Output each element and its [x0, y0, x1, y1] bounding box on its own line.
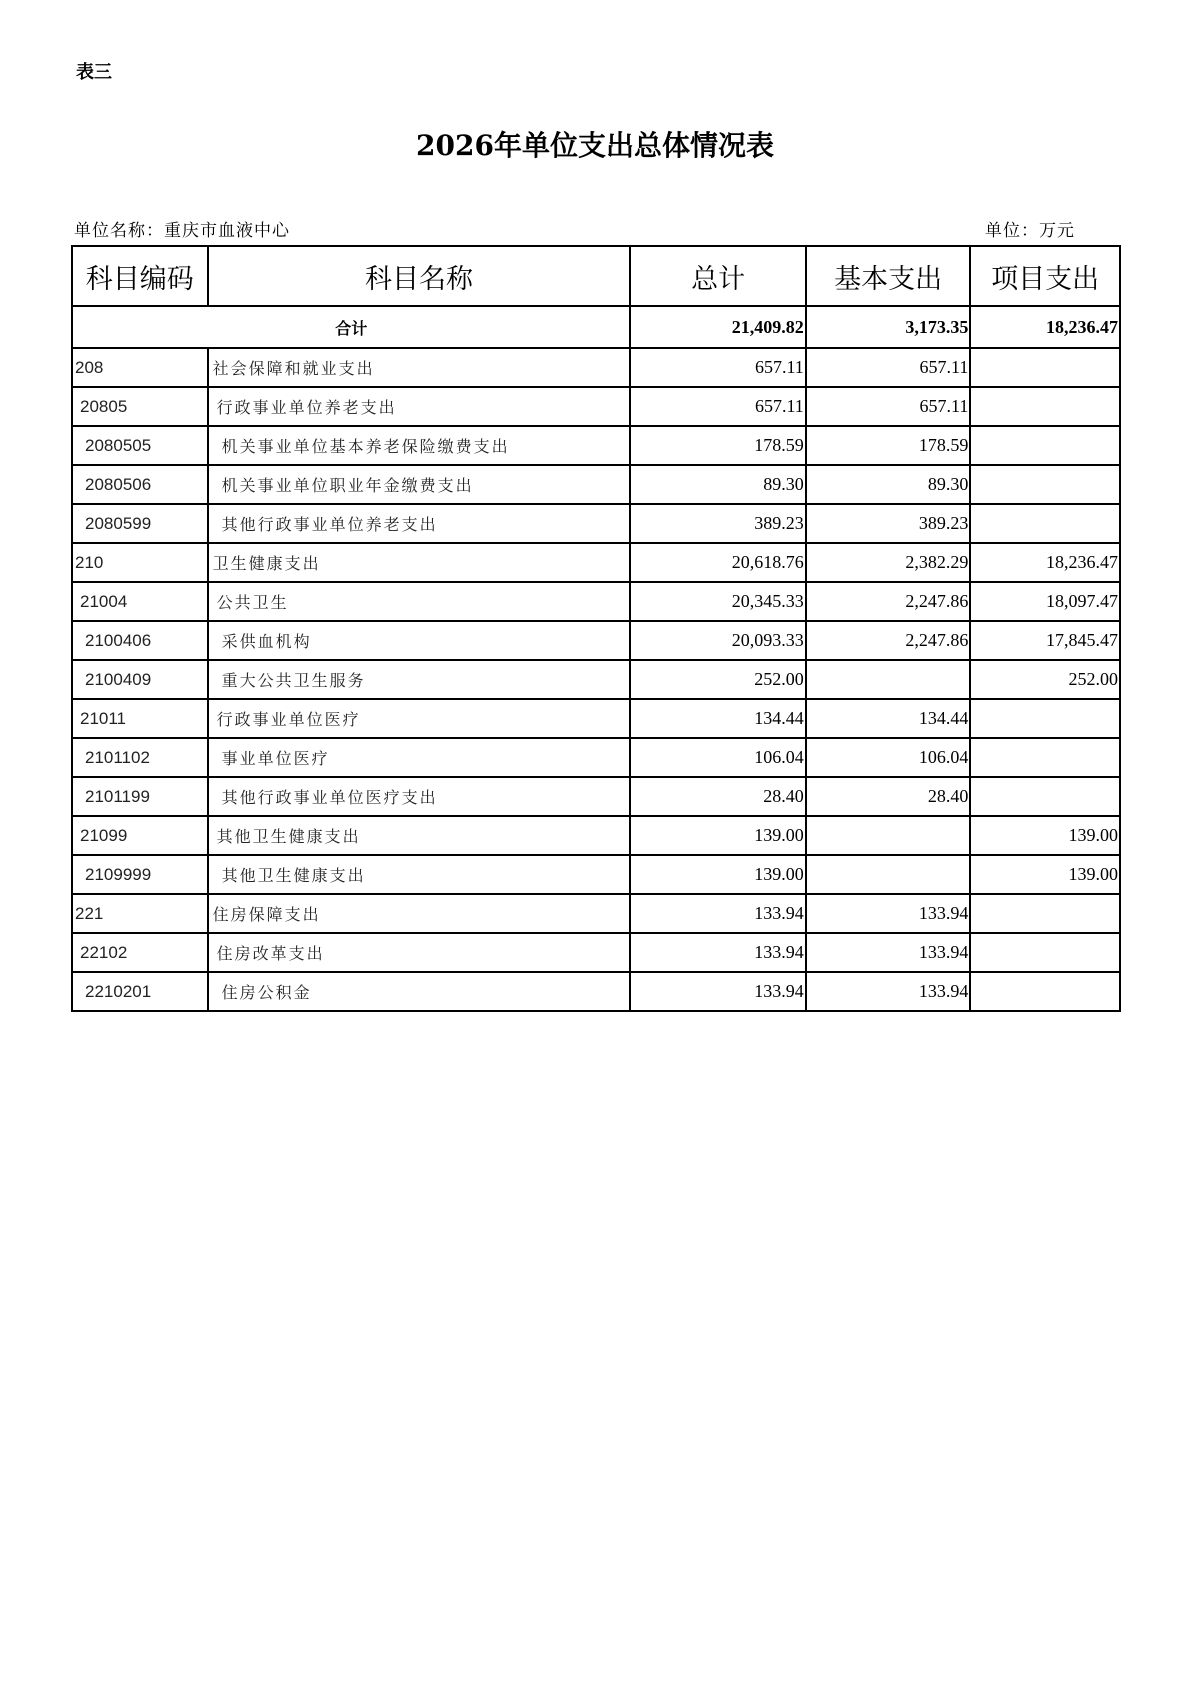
- row-basic: 178.59: [806, 426, 971, 465]
- row-basic: 657.11: [806, 387, 971, 426]
- table-row: 2101199其他行政事业单位医疗支出28.4028.40: [72, 777, 1120, 816]
- row-code: 20805: [72, 387, 208, 426]
- row-basic: 2,382.29: [806, 543, 971, 582]
- row-code: 221: [72, 894, 208, 933]
- row-name: 机关事业单位职业年金缴费支出: [208, 465, 631, 504]
- table-row: 2100409重大公共卫生服务252.00252.00: [72, 660, 1120, 699]
- row-basic: 106.04: [806, 738, 971, 777]
- row-name: 住房改革支出: [208, 933, 631, 972]
- row-total: 252.00: [630, 660, 805, 699]
- header-project: 项目支出: [970, 246, 1120, 306]
- row-project: [970, 504, 1120, 543]
- total-row: 合计 21,409.82 3,173.35 18,236.47: [72, 306, 1120, 348]
- header-total: 总计: [630, 246, 805, 306]
- expenditure-table: 科目编码 科目名称 总计 基本支出 项目支出 合计 21,409.82 3,17…: [71, 245, 1121, 1012]
- row-code: 21099: [72, 816, 208, 855]
- row-name: 公共卫生: [208, 582, 631, 621]
- row-total: 28.40: [630, 777, 805, 816]
- total-project: 18,236.47: [970, 306, 1120, 348]
- row-project: 18,236.47: [970, 543, 1120, 582]
- row-total: 657.11: [630, 387, 805, 426]
- row-basic: 2,247.86: [806, 582, 971, 621]
- unit-name: 单位名称：重庆市血液中心: [74, 216, 290, 241]
- row-name: 其他行政事业单位养老支出: [208, 504, 631, 543]
- row-project: [970, 777, 1120, 816]
- row-code: 2100406: [72, 621, 208, 660]
- row-name: 其他行政事业单位医疗支出: [208, 777, 631, 816]
- table-row: 20805行政事业单位养老支出657.11657.11: [72, 387, 1120, 426]
- table-row: 2100406采供血机构20,093.332,247.8617,845.47: [72, 621, 1120, 660]
- total-label: 合计: [72, 306, 630, 348]
- row-project: [970, 387, 1120, 426]
- row-basic: 657.11: [806, 348, 971, 387]
- row-total: 134.44: [630, 699, 805, 738]
- row-project: [970, 972, 1120, 1011]
- row-code: 2109999: [72, 855, 208, 894]
- row-project: 139.00: [970, 855, 1120, 894]
- table-row: 2080599其他行政事业单位养老支出389.23389.23: [72, 504, 1120, 543]
- row-total: 133.94: [630, 894, 805, 933]
- row-project: [970, 348, 1120, 387]
- row-basic: 133.94: [806, 894, 971, 933]
- row-name: 行政事业单位医疗: [208, 699, 631, 738]
- row-code: 21011: [72, 699, 208, 738]
- row-code: 2100409: [72, 660, 208, 699]
- row-total: 657.11: [630, 348, 805, 387]
- header-code: 科目编码: [72, 246, 208, 306]
- header-basic: 基本支出: [806, 246, 971, 306]
- row-project: 18,097.47: [970, 582, 1120, 621]
- header-row: 科目编码 科目名称 总计 基本支出 项目支出: [72, 246, 1120, 306]
- row-name: 事业单位医疗: [208, 738, 631, 777]
- row-name: 其他卫生健康支出: [208, 816, 631, 855]
- row-project: 17,845.47: [970, 621, 1120, 660]
- page-title: 2026年单位支出总体情况表: [0, 124, 1190, 164]
- row-basic: [806, 660, 971, 699]
- table-row: 2101102事业单位医疗106.04106.04: [72, 738, 1120, 777]
- row-project: [970, 426, 1120, 465]
- row-name: 社会保障和就业支出: [208, 348, 631, 387]
- row-project: [970, 933, 1120, 972]
- row-total: 178.59: [630, 426, 805, 465]
- row-basic: [806, 816, 971, 855]
- table-row: 221住房保障支出133.94133.94: [72, 894, 1120, 933]
- total-basic: 3,173.35: [806, 306, 971, 348]
- row-basic: 133.94: [806, 933, 971, 972]
- row-name: 机关事业单位基本养老保险缴费支出: [208, 426, 631, 465]
- table-row: 210卫生健康支出20,618.762,382.2918,236.47: [72, 543, 1120, 582]
- row-name: 其他卫生健康支出: [208, 855, 631, 894]
- header-name: 科目名称: [208, 246, 631, 306]
- row-project: 139.00: [970, 816, 1120, 855]
- row-name: 卫生健康支出: [208, 543, 631, 582]
- table-row: 21099其他卫生健康支出139.00139.00: [72, 816, 1120, 855]
- row-total: 20,093.33: [630, 621, 805, 660]
- row-project: 252.00: [970, 660, 1120, 699]
- row-basic: 134.44: [806, 699, 971, 738]
- table-row: 208社会保障和就业支出657.11657.11: [72, 348, 1120, 387]
- row-project: [970, 699, 1120, 738]
- table-row: 2080505机关事业单位基本养老保险缴费支出178.59178.59: [72, 426, 1120, 465]
- row-basic: 2,247.86: [806, 621, 971, 660]
- table-row: 2210201住房公积金133.94133.94: [72, 972, 1120, 1011]
- table-row: 2080506机关事业单位职业年金缴费支出89.3089.30: [72, 465, 1120, 504]
- table-row: 21011行政事业单位医疗134.44134.44: [72, 699, 1120, 738]
- row-code: 2101102: [72, 738, 208, 777]
- row-name: 行政事业单位养老支出: [208, 387, 631, 426]
- row-project: [970, 465, 1120, 504]
- table-label: 表三: [76, 58, 112, 84]
- row-project: [970, 894, 1120, 933]
- row-code: 2210201: [72, 972, 208, 1011]
- row-code: 2101199: [72, 777, 208, 816]
- row-total: 139.00: [630, 816, 805, 855]
- row-basic: 389.23: [806, 504, 971, 543]
- currency-unit: 单位：万元: [985, 216, 1075, 241]
- total-total: 21,409.82: [630, 306, 805, 348]
- row-code: 22102: [72, 933, 208, 972]
- row-total: 20,618.76: [630, 543, 805, 582]
- row-name: 住房公积金: [208, 972, 631, 1011]
- row-code: 2080599: [72, 504, 208, 543]
- row-total: 89.30: [630, 465, 805, 504]
- row-code: 208: [72, 348, 208, 387]
- row-total: 139.00: [630, 855, 805, 894]
- table-row: 22102住房改革支出133.94133.94: [72, 933, 1120, 972]
- row-code: 2080506: [72, 465, 208, 504]
- row-basic: 133.94: [806, 972, 971, 1011]
- row-total: 133.94: [630, 972, 805, 1011]
- row-name: 住房保障支出: [208, 894, 631, 933]
- table-row: 2109999其他卫生健康支出139.00139.00: [72, 855, 1120, 894]
- row-total: 20,345.33: [630, 582, 805, 621]
- row-basic: [806, 855, 971, 894]
- row-basic: 89.30: [806, 465, 971, 504]
- table-row: 21004公共卫生20,345.332,247.8618,097.47: [72, 582, 1120, 621]
- row-code: 210: [72, 543, 208, 582]
- row-code: 21004: [72, 582, 208, 621]
- row-name: 重大公共卫生服务: [208, 660, 631, 699]
- row-total: 106.04: [630, 738, 805, 777]
- row-total: 389.23: [630, 504, 805, 543]
- row-code: 2080505: [72, 426, 208, 465]
- row-total: 133.94: [630, 933, 805, 972]
- row-project: [970, 738, 1120, 777]
- row-name: 采供血机构: [208, 621, 631, 660]
- row-basic: 28.40: [806, 777, 971, 816]
